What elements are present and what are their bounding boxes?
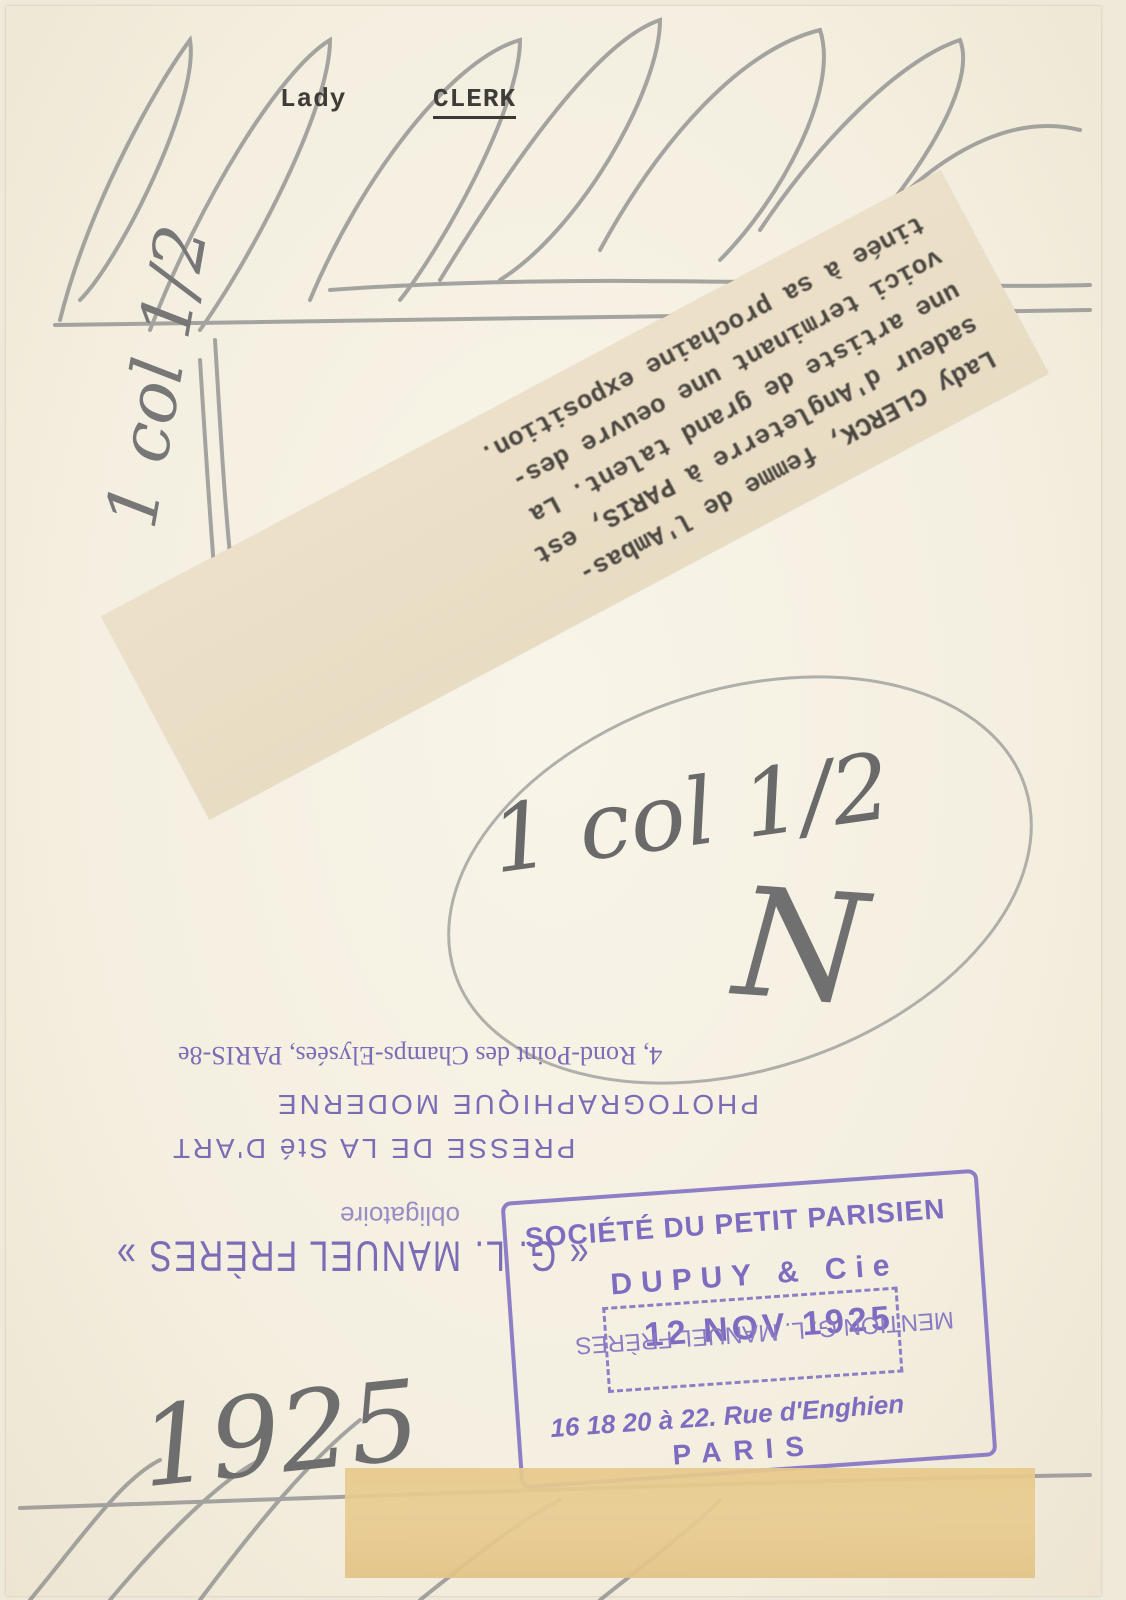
- agency-stamp-line: PHOTOGRAPHIQUE MODERNE: [275, 1088, 759, 1120]
- petit-parisien-stamp: SOCIÉTÉ DU PETIT PARISIEN DUPUY & Cie 12…: [501, 1169, 998, 1490]
- agency-stamp-line: obligatoire: [340, 1200, 460, 1231]
- typed-heading: Lady CLERK: [280, 84, 516, 114]
- pencil-initials: N: [729, 856, 872, 1039]
- stamp-company: SOCIÉTÉ DU PETIT PARISIEN: [524, 1193, 946, 1254]
- heading-title: Lady: [280, 84, 346, 114]
- heading-surname: CLERK: [433, 84, 516, 119]
- adhesive-tape: [345, 1468, 1035, 1578]
- agency-stamp-line: PRESSE DE LA Sté D'ART: [170, 1132, 575, 1164]
- stamp-city: PARIS: [672, 1430, 817, 1472]
- agency-stamp-address: 4, Rond-Point des Champs-Elysées, PARIS-…: [178, 1040, 662, 1070]
